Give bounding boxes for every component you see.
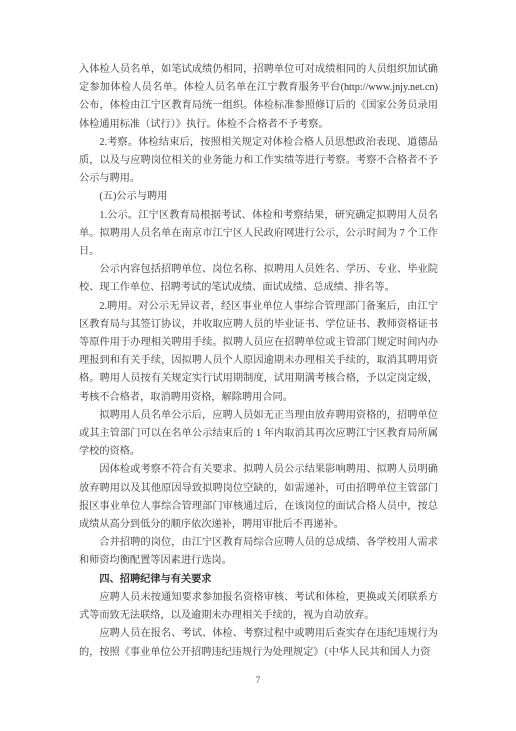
paragraph-employment: 2.聘用。对公示无异议者，经区事业单位人事综合管理部门备案后，由江宁区教育局与其…	[79, 298, 438, 407]
paragraph-replacement: 因体检或考察不符合有关要求、拟聘人员公示结果影响聘用、拟聘人员明确放弃聘用以及其…	[79, 461, 438, 534]
document-page: 入体检人员名单，如笔试成绩仍相同，招聘单位可对成绩相同的人员组织加试确定参加体检…	[0, 0, 516, 731]
paragraph-medical-exam-list: 入体检人员名单，如笔试成绩仍相同，招聘单位可对成绩相同的人员组织加试确定参加体检…	[79, 61, 438, 134]
paragraph-merged-positions: 合并招聘的岗位，由江宁区教育局综合应聘人员的总成绩、各学校用人需求和师资均衡配置…	[79, 534, 438, 570]
document-text-block: 入体检人员名单，如笔试成绩仍相同，招聘单位可对成绩相同的人员组织加试确定参加体检…	[79, 61, 438, 662]
paragraph-auto-waiver: 应聘人员未按通知要求参加报名资格审核、考试和体检，更换或关闭联系方式等而致无法联…	[79, 589, 438, 625]
paragraph-publicity: 1.公示。江宁区教育局根据考试、体检和考察结果，研究确定拟聘用人员名单。拟聘用人…	[79, 207, 438, 262]
paragraph-inspection: 2.考察。体检结束后，按照相关规定对体检合格人员思想政治表现、道德品质，以及与应…	[79, 134, 438, 189]
paragraph-waiver-penalty: 拟聘用人员名单公示后，应聘人员如无正当理由放弃聘用资格的，招聘单位或其主管部门可…	[79, 407, 438, 462]
paragraph-publicity-content: 公示内容包括招聘单位、岗位名称、拟聘用人员姓名、学历、专业、毕业院校、现工作单位…	[79, 261, 438, 297]
subsection-heading-publicity-employment: (五)公示与聘用	[79, 188, 438, 206]
paragraph-violation-handling: 应聘人员在报名、考试、体检、考察过程中或聘用后查实存在违纪违规行为的，按照《事业…	[79, 625, 438, 661]
page-number: 7	[0, 675, 516, 685]
section-heading-recruitment-discipline: 四、招聘纪律与有关要求	[79, 571, 438, 589]
